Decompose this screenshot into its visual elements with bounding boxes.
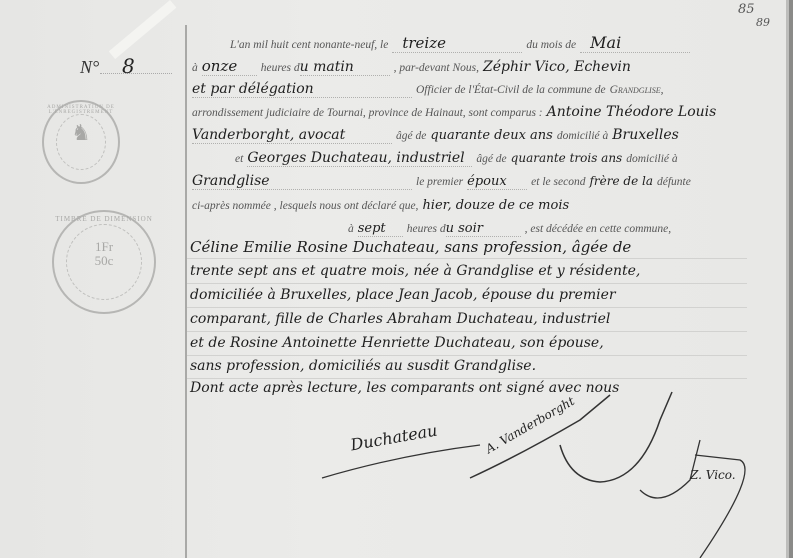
- signature-strokes: [0, 0, 793, 558]
- signature-vico: Z. Vico.: [690, 468, 736, 482]
- register-page: 85 89 N° 8 ADMINISTRATION DE L'ENREGISTR…: [0, 0, 793, 558]
